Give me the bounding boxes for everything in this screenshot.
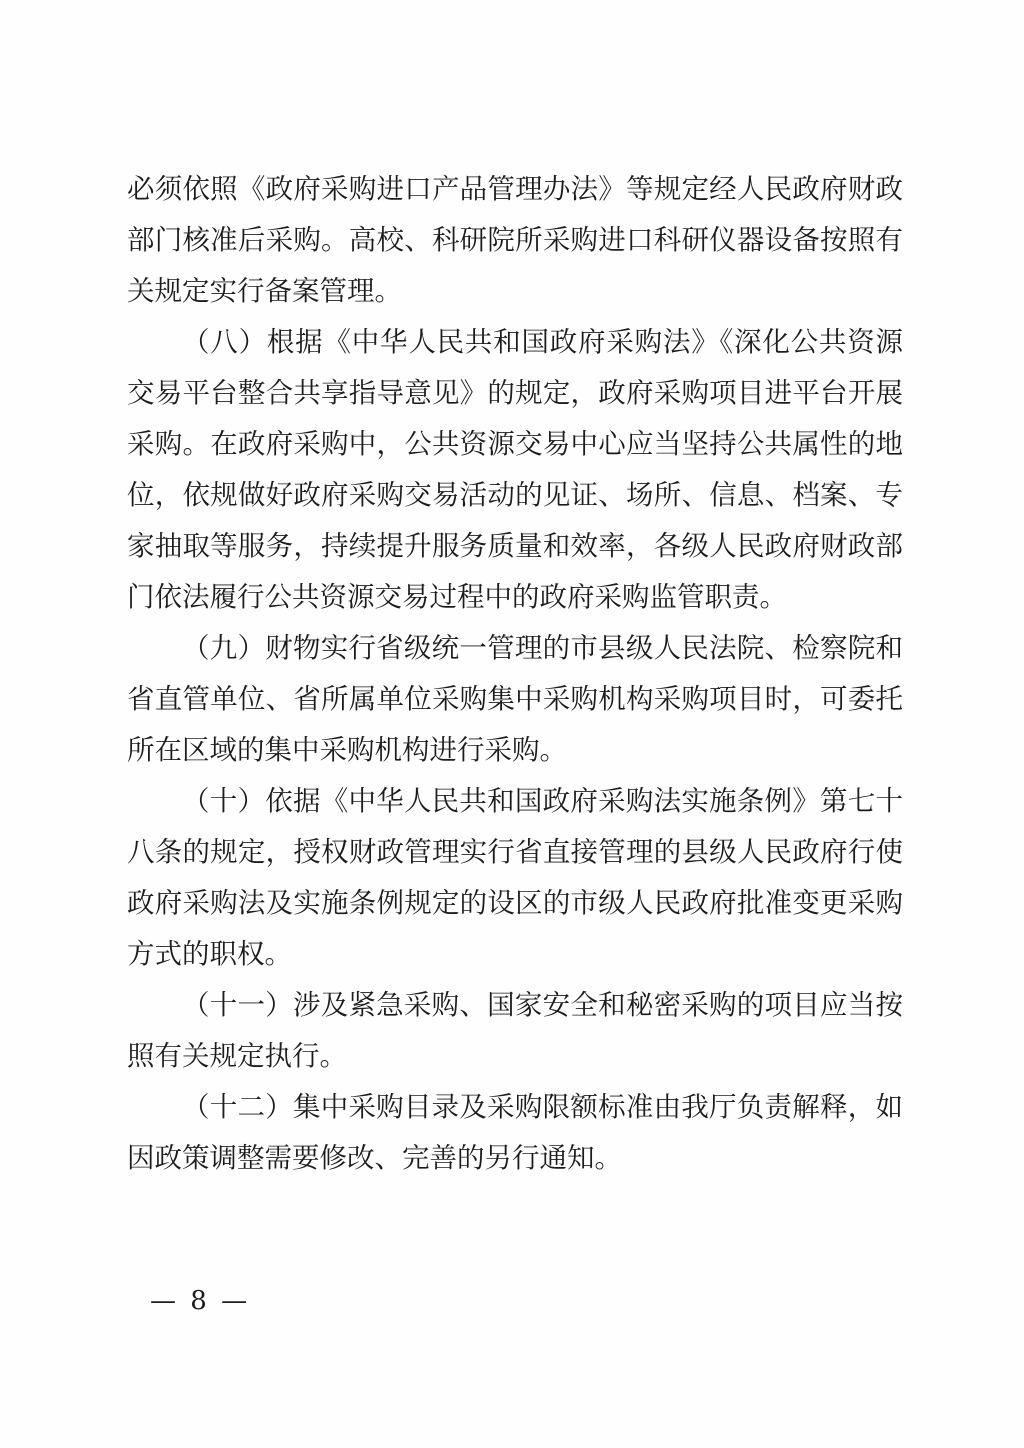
document-page: 必须依照《政府采购进口产品管理办法》等规定经人民政府财政部门核准后采购。高校、科… bbox=[0, 0, 1024, 1448]
paragraph-item-8: （八）根据《中华人民共和国政府采购法》《深化公共资源交易平台整合共享指导意见》的… bbox=[127, 317, 903, 623]
paragraph-item-11: （十一）涉及紧急采购、国家安全和秘密采购的项目应当按照有关规定执行。 bbox=[127, 980, 903, 1082]
page-number: — 8 — bbox=[150, 1284, 250, 1318]
body-text: 必须依照《政府采购进口产品管理办法》等规定经人民政府财政部门核准后采购。高校、科… bbox=[127, 164, 903, 1184]
paragraph-continuation: 必须依照《政府采购进口产品管理办法》等规定经人民政府财政部门核准后采购。高校、科… bbox=[127, 164, 903, 317]
paragraph-item-12: （十二）集中采购目录及采购限额标准由我厅负责解释，如因政策调整需要修改、完善的另… bbox=[127, 1082, 903, 1184]
paragraph-item-10: （十）依据《中华人民共和国政府采购法实施条例》第七十八条的规定，授权财政管理实行… bbox=[127, 776, 903, 980]
paragraph-item-9: （九）财物实行省级统一管理的市县级人民法院、检察院和省直管单位、省所属单位采购集… bbox=[127, 623, 903, 776]
